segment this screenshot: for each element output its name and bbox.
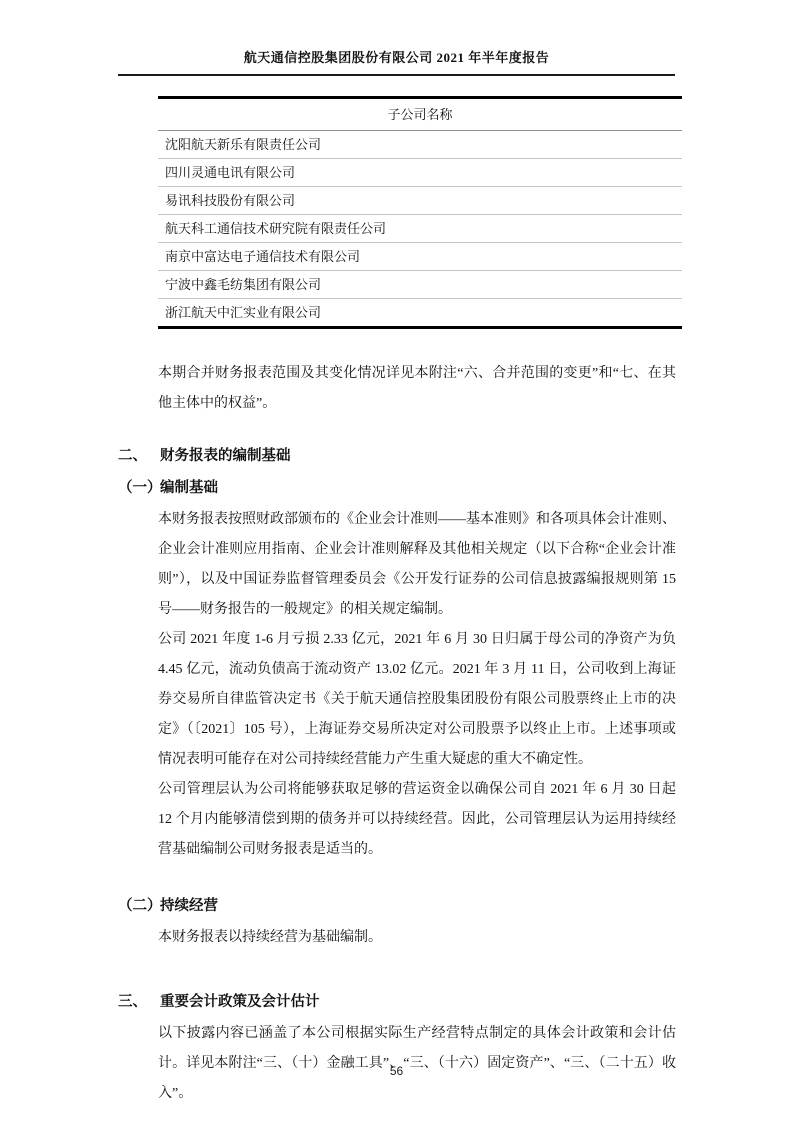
document-header-title: 航天通信控股集团股份有限公司 2021 年半年度报告: [0, 0, 793, 66]
table-row: 沈阳航天新乐有限责任公司: [158, 131, 682, 159]
section-2-title: 财务报表的编制基础: [160, 445, 291, 467]
section-3-number: 三、: [118, 991, 160, 1013]
header-divider: [118, 74, 675, 76]
subsection-2-1-number: （一）: [118, 477, 160, 499]
report-page: 航天通信控股集团股份有限公司 2021 年半年度报告 子公司名称 沈阳航天新乐有…: [0, 0, 793, 1122]
section-2-heading: 二、 财务报表的编制基础: [118, 445, 793, 467]
basis-paragraph-1: 本财务报表按照财政部颁布的《企业会计准则——基本准则》和各项具体会计准则、企业会…: [158, 505, 676, 625]
basis-paragraph-3: 公司管理层认为公司将能够获取足够的营运资金以确保公司自 2021 年 6 月 3…: [158, 775, 676, 865]
table-row: 四川灵通电讯有限公司: [158, 159, 682, 187]
table-row: 浙江航天中汇实业有限公司: [158, 299, 682, 326]
subsection-2-1-heading: （一） 编制基础: [118, 477, 793, 499]
subsection-2-2-title: 持续经营: [160, 895, 218, 917]
subsection-2-2-heading: （二） 持续经营: [118, 895, 793, 917]
section-2-number: 二、: [118, 445, 160, 467]
subsection-2-1-title: 编制基础: [160, 477, 218, 499]
subsidiary-table: 子公司名称 沈阳航天新乐有限责任公司 四川灵通电讯有限公司 易讯科技股份有限公司…: [158, 96, 682, 329]
scope-note-paragraph: 本期合并财务报表范围及其变化情况详见本附注“六、合并范围的变更”和“七、在其他主…: [158, 359, 676, 419]
section-3-heading: 三、 重要会计政策及会计估计: [118, 991, 793, 1013]
going-concern-paragraph: 本财务报表以持续经营为基础编制。: [158, 923, 676, 953]
section-3-title: 重要会计政策及会计估计: [160, 991, 320, 1013]
table-column-header: 子公司名称: [158, 99, 682, 131]
page-number: 56: [0, 1064, 793, 1078]
subsection-2-2-number: （二）: [118, 895, 160, 917]
table-row: 宁波中鑫毛纺集团有限公司: [158, 271, 682, 299]
table-row: 航天科工通信技术研究院有限责任公司: [158, 215, 682, 243]
basis-paragraph-2: 公司 2021 年度 1-6 月亏损 2.33 亿元，2021 年 6 月 30…: [158, 625, 676, 775]
table-row: 南京中富达电子通信技术有限公司: [158, 243, 682, 271]
table-row: 易讯科技股份有限公司: [158, 187, 682, 215]
